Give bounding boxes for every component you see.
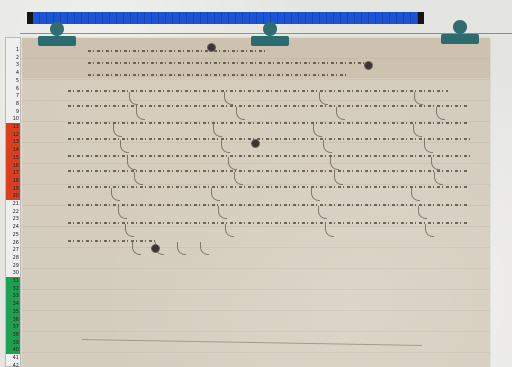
manuscript-page <box>22 38 490 367</box>
ruler-label: 3 <box>16 63 19 68</box>
ruler-label: 22 <box>13 210 19 215</box>
clip-jaw <box>38 36 76 46</box>
script-line <box>88 50 268 52</box>
ruler-label: 21 <box>13 202 19 207</box>
script-line <box>68 90 448 92</box>
script-line <box>88 74 348 76</box>
ruler-label: 11 <box>13 125 19 130</box>
clip-handle <box>50 22 64 36</box>
ruler-label: 5 <box>16 79 19 84</box>
ruler-label: 41 <box>13 356 19 361</box>
ruler-label: 29 <box>13 264 19 269</box>
ruler-label: 17 <box>13 171 19 176</box>
script-line <box>68 240 158 242</box>
binder-clip <box>38 22 76 48</box>
ruler-label: 37 <box>13 325 19 330</box>
ruler-label: 26 <box>13 241 19 246</box>
ruler-label: 7 <box>16 94 19 99</box>
ruler-label: 28 <box>13 256 19 261</box>
seal-stamp <box>251 139 260 148</box>
ruler-label: 38 <box>13 333 19 338</box>
binder-clip <box>251 22 289 48</box>
ruler-label: 14 <box>13 148 19 153</box>
ruler-label: 34 <box>13 302 19 307</box>
seal-stamp <box>364 61 373 70</box>
ruler-label: 31 <box>13 279 19 284</box>
ruler-label: 8 <box>16 102 19 107</box>
clip-jaw <box>251 36 289 46</box>
script-line <box>68 122 468 124</box>
ruler-label: 9 <box>16 110 19 115</box>
ruler-label: 13 <box>13 140 19 145</box>
seal-stamp <box>207 43 216 52</box>
paper-tear <box>82 339 422 349</box>
ruler-label: 40 <box>13 348 19 353</box>
script-line <box>68 204 468 206</box>
vertical-measuring-ruler: 1234567891011121314151617181920212223242… <box>5 37 21 367</box>
ruler-label: 18 <box>13 179 19 184</box>
clip-handle <box>263 22 277 36</box>
ruler-label: 35 <box>13 310 19 315</box>
script-line <box>68 170 468 172</box>
ruler-label: 24 <box>13 225 19 230</box>
ruler-label: 19 <box>13 187 19 192</box>
binder-clip <box>441 20 479 46</box>
ruler-label: 33 <box>13 294 19 299</box>
ruler-label: 27 <box>13 248 19 253</box>
script-line <box>68 186 468 188</box>
clip-jaw <box>441 34 479 44</box>
ruler-label: 15 <box>13 156 19 161</box>
script-line <box>88 62 368 64</box>
ruler-label: 4 <box>16 71 19 76</box>
ruler-label: 36 <box>13 318 19 323</box>
ruler-label: 16 <box>13 164 19 169</box>
ruler-label: 30 <box>13 271 19 276</box>
clip-handle <box>453 20 467 34</box>
ruler-label: 23 <box>13 217 19 222</box>
ruler-label: 10 <box>13 117 19 122</box>
ruler-label: 32 <box>13 287 19 292</box>
ruler-label: 25 <box>13 233 19 238</box>
ruler-label: 12 <box>13 133 19 138</box>
ruler-label: 6 <box>16 87 19 92</box>
horizontal-measuring-tape <box>27 12 424 24</box>
ruler-label: 39 <box>13 341 19 346</box>
seal-stamp <box>151 244 160 253</box>
ruler-label: 2 <box>16 56 19 61</box>
script-line <box>68 105 468 107</box>
ruler-label: 20 <box>13 194 19 199</box>
ruler-label: 1 <box>16 48 19 53</box>
